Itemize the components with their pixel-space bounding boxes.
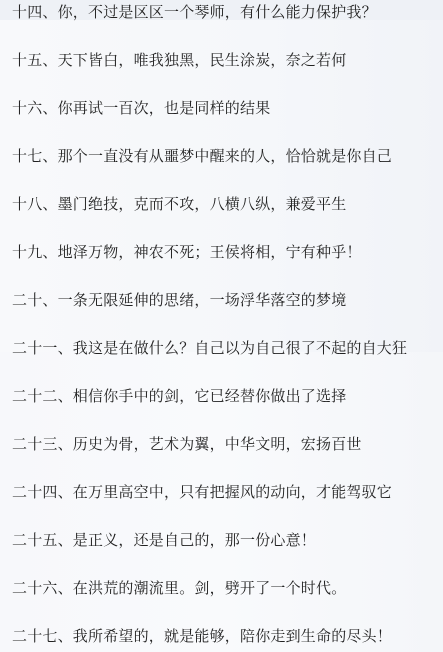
quote-line-16: 十六、你再试一百次，也是同样的结果 bbox=[12, 98, 270, 118]
quote-line-14: 十四、你，不过是区区一个琴师，有什么能力保护我？ bbox=[12, 2, 377, 22]
quote-line-23: 二十三、历史为骨，艺术为翼，中华文明，宏扬百世 bbox=[12, 434, 362, 454]
quote-line-15: 十五、天下皆白，唯我独黑，民生涂炭，奈之若何 bbox=[12, 50, 346, 70]
quote-line-21: 二十一、我这是在做什么？自己以为自己很了不起的自大狂 bbox=[12, 338, 407, 358]
quote-line-25: 二十五、是正义，还是自己的，那一份心意！ bbox=[12, 530, 316, 550]
quote-line-20: 二十、一条无限延伸的思绪，一场浮华落空的梦境 bbox=[12, 290, 346, 310]
quote-line-19: 十九、地泽万物，神农不死；王侯将相，宁有种乎！ bbox=[12, 242, 362, 262]
quote-line-24: 二十四、在万里高空中，只有把握风的动向，才能驾驭它 bbox=[12, 482, 392, 502]
quote-line-26: 二十六、在洪荒的潮流里。剑，劈开了一个时代。 bbox=[12, 578, 346, 598]
quote-line-18: 十八、墨门绝技，克而不攻，八横八纵，兼爱平生 bbox=[12, 194, 346, 214]
quote-line-22: 二十二、相信你手中的剑，它已经替你做出了选择 bbox=[12, 386, 346, 406]
quote-line-27: 二十七、我所希望的，就是能够，陪你走到生命的尽头！ bbox=[12, 626, 392, 646]
quote-line-17: 十七、那个一直没有从噩梦中醒来的人，恰恰就是你自己 bbox=[12, 146, 392, 166]
